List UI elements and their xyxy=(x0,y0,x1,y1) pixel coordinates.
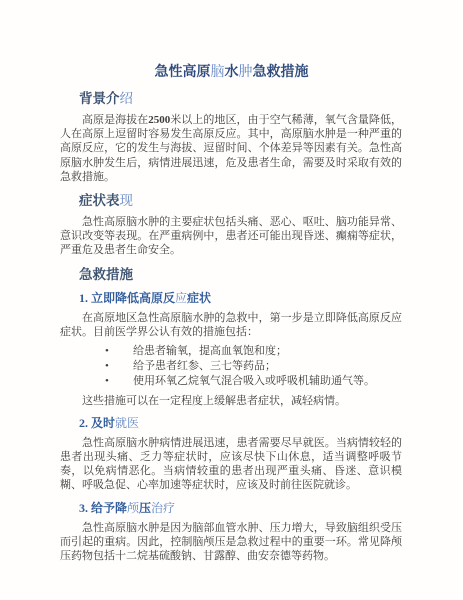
text-segment: 2500 xyxy=(148,114,170,126)
subheading-measure-1: 1. 立即降低高原反应症状 xyxy=(79,291,402,306)
heading-measures: 急救措施 xyxy=(79,266,402,283)
heading-background: 背景介绍 xyxy=(79,90,402,107)
text-segment: 治疗 xyxy=(151,501,175,515)
list-item-text: 给予患者红参、三七等药品； xyxy=(133,359,276,373)
page-title: 急性高原脑水肿急救措施 xyxy=(30,64,433,82)
text-segment: 压 xyxy=(139,501,151,515)
text-segment: 颅 xyxy=(127,501,139,515)
document-body: 背景介绍高原是海拔在2500米以上的地区，由于空气稀薄，氧气含量降低，人在高原上… xyxy=(60,90,402,563)
bullet-icon: • xyxy=(105,359,133,373)
text-segment: 背景介 xyxy=(79,91,120,106)
text-segment: 给患者输氧，提高血氧饱和度； xyxy=(133,345,287,357)
para-measure-3: 急性高原脑水肿是因为脑部血管水肿、压力增大，导致脑组织受压而引起的重病。因此，控… xyxy=(60,521,402,564)
text-segment: 水 xyxy=(225,65,239,80)
text-segment: 2. 及时 xyxy=(79,416,115,430)
list-measure-1: •给患者输氧，提高血氧饱和度；•给予患者红参、三七等药品；•使用环氧乙烷氧气混合… xyxy=(105,344,402,389)
text-segment: 急性高原脑水肿病情进展迅速，患者需要尽早就医。当病情较轻的患者出现头痛、乏力等症… xyxy=(60,437,402,492)
text-segment: 现 xyxy=(120,193,134,208)
subheading-measure-3: 3. 给予降颅压治疗 xyxy=(79,501,402,516)
text-segment: 症状 xyxy=(187,291,211,305)
text-segment: 高原是海拔在 xyxy=(82,114,148,126)
text-segment: 应 xyxy=(175,291,187,305)
para-measure-1-outro: 这些措施可以在一定程度上缓解患者症状，减轻病情。 xyxy=(60,394,402,408)
text-segment: 给予患者红参、三七等药品； xyxy=(133,360,276,372)
text-segment: 在高原地区急性高原脑水肿的急救中，第一步是立即降低高原反应症状。目前医学界公认有… xyxy=(60,312,402,338)
para-measure-1-intro: 在高原地区急性高原脑水肿的急救中，第一步是立即降低高原反应症状。目前医学界公认有… xyxy=(60,311,402,339)
text-segment: 症状表 xyxy=(79,193,120,208)
text-segment: 1. 立即降低高原反 xyxy=(79,291,175,305)
bullet-icon: • xyxy=(105,344,133,358)
list-item: •使用环氧乙烷氧气混合吸入或呼吸机辅助通气等。 xyxy=(105,374,402,388)
text-segment: 使用环氧乙烷氧气混合吸入或呼吸机辅助通气等。 xyxy=(133,375,375,387)
text-segment: 急救措施 xyxy=(253,65,309,80)
text-segment: 肿 xyxy=(239,65,253,80)
list-item: •给患者输氧，提高血氧饱和度； xyxy=(105,344,402,358)
list-item-text: 给患者输氧，提高血氧饱和度； xyxy=(133,344,287,358)
document-page: 急性高原脑水肿急救措施 背景介绍高原是海拔在2500米以上的地区，由于空气稀薄，… xyxy=(0,0,463,600)
list-item: •给予患者红参、三七等药品； xyxy=(105,359,402,373)
text-segment: 急性高原脑水肿是因为脑部血管水肿、压力增大，导致脑组织受压而引起的重病。因此，控… xyxy=(60,522,402,562)
text-segment: 绍 xyxy=(120,91,134,106)
text-segment: 脑 xyxy=(211,65,225,80)
text-segment: 就医 xyxy=(115,416,139,430)
para-symptoms: 急性高原脑水肿的主要症状包括头痛、恶心、呕吐、脑功能异常、意识改变等表现。在严重… xyxy=(60,215,402,258)
para-background: 高原是海拔在2500米以上的地区，由于空气稀薄，氧气含量降低，人在高原上逗留时容… xyxy=(60,113,402,184)
list-item-text: 使用环氧乙烷氧气混合吸入或呼吸机辅助通气等。 xyxy=(133,374,375,388)
bullet-icon: • xyxy=(105,374,133,388)
para-measure-2: 急性高原脑水肿病情进展迅速，患者需要尽早就医。当病情较轻的患者出现头痛、乏力等症… xyxy=(60,436,402,493)
text-segment: 急救措施 xyxy=(79,267,133,282)
text-segment: 急性高原 xyxy=(155,65,211,80)
text-segment: 急性高原脑水肿的主要症状包括头痛、恶心、呕吐、脑功能异常、意识改变等表现。在严重… xyxy=(60,216,402,256)
text-segment: 3. 给予降 xyxy=(79,501,127,515)
text-segment: 这些措施可以在一定程度上缓解患者症状，减轻病情。 xyxy=(82,395,346,407)
subheading-measure-2: 2. 及时就医 xyxy=(79,416,402,431)
heading-symptoms: 症状表现 xyxy=(79,192,402,209)
